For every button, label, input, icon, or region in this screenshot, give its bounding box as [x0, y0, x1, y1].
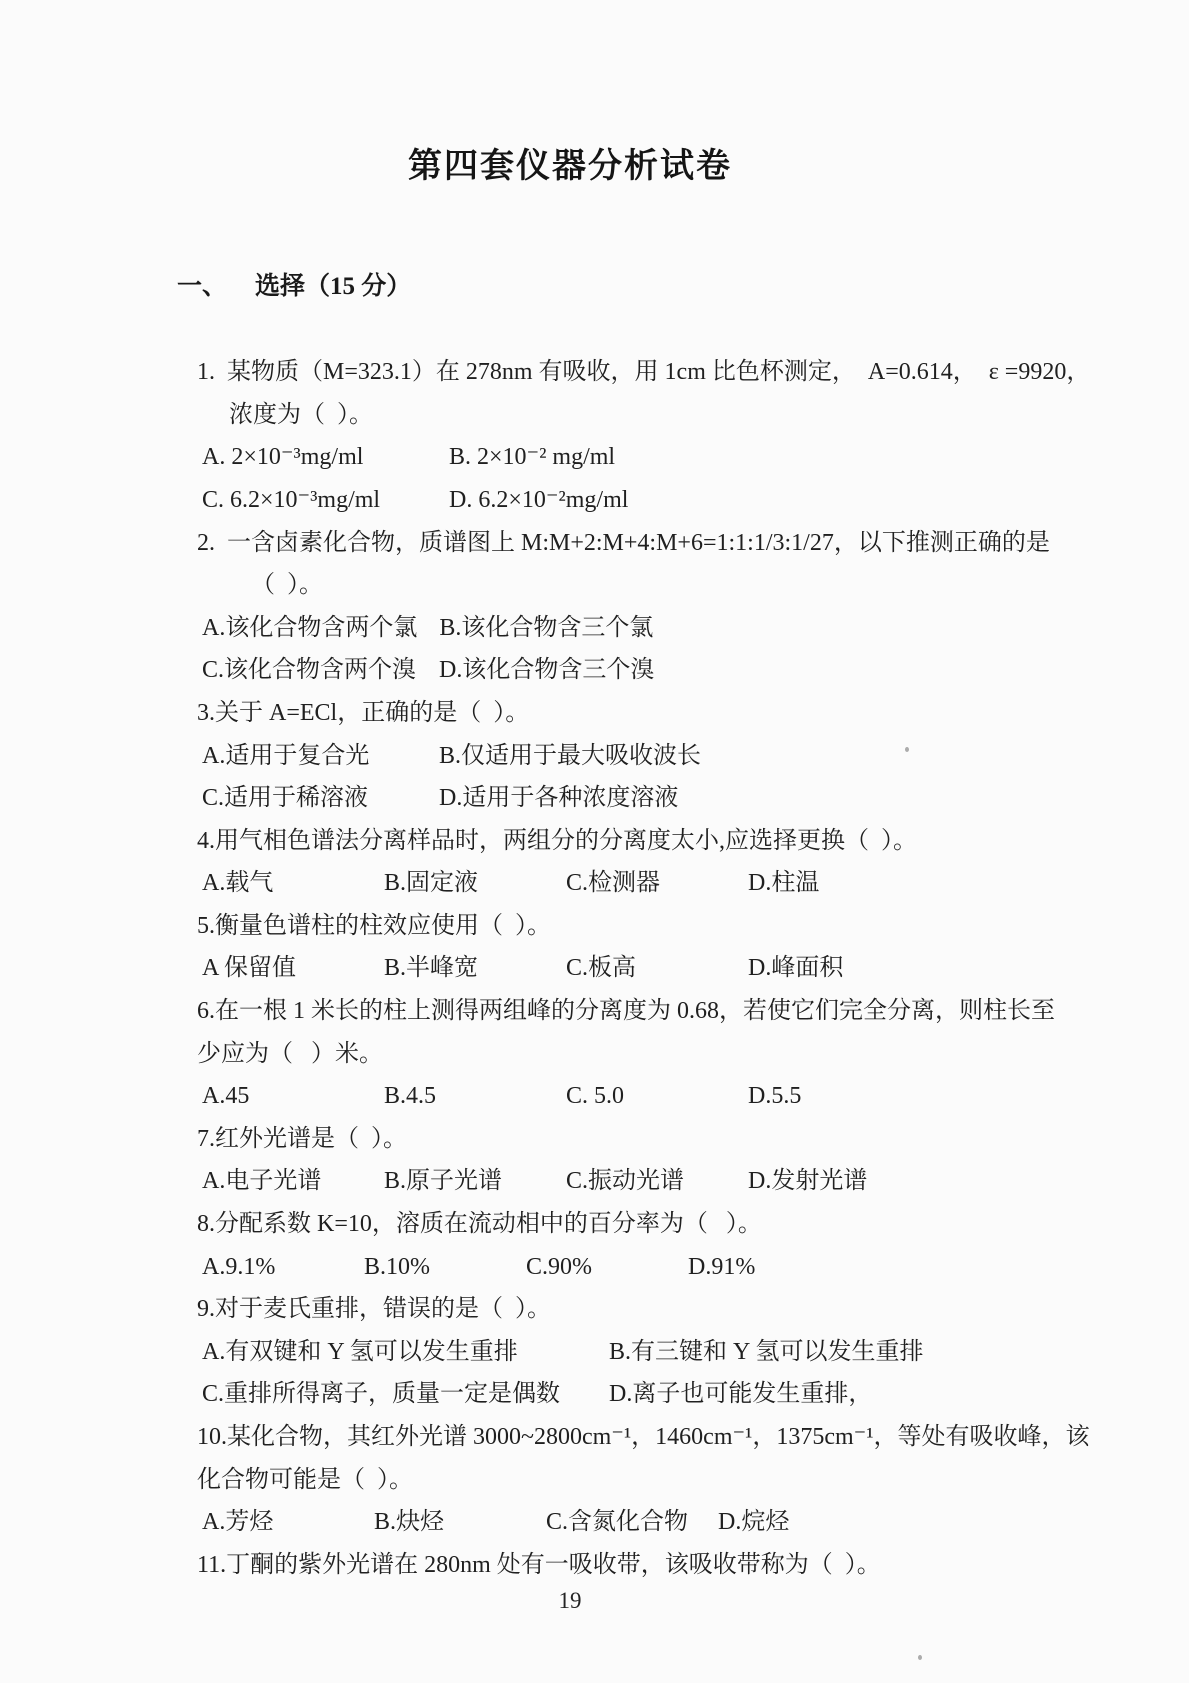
option: C.含氮化合物 [546, 1501, 696, 1544]
option: A.有双键和 Y 氢可以发生重排 [202, 1331, 587, 1374]
question-11: 11.丁酮的紫外光谱在 280nm 处有一吸收带，该吸收带称为（ ）。 [0, 1544, 1189, 1587]
question-9: 9.对于麦氏重排，错误的是（ ）。A.有双键和 Y 氢可以发生重排B.有三键和 … [0, 1288, 1189, 1416]
question-stem-line: 5.衡量色谱柱的柱效应使用（ ）。 [197, 905, 1189, 948]
option: C.检测器 [566, 862, 726, 905]
option-row: A.芳烃B.炔烃C.含氮化合物D.烷烃 [202, 1501, 1189, 1544]
option: B.4.5 [384, 1075, 544, 1118]
scan-speck [905, 747, 909, 752]
option-row: A.该化合物含两个氯B.该化合物含三个氯 [202, 607, 1189, 650]
option: C. 6.2×10⁻³mg/ml [202, 479, 427, 522]
question-list: 1. 某物质（M=323.1）在 278nm 有吸收，用 1cm 比色杯测定， … [0, 351, 1189, 1586]
exam-page: 第四套仪器分析试卷 一、选择（15 分） 1. 某物质（M=323.1）在 27… [0, 0, 1189, 1683]
section-numeral: 一、 [177, 273, 227, 300]
option: A.芳烃 [202, 1501, 352, 1544]
option-row: A.有双键和 Y 氢可以发生重排B.有三键和 Y 氢可以发生重排 [202, 1331, 1189, 1374]
question-3: 3.关于 A=ECl，正确的是（ ）。A.适用于复合光B.仅适用于最大吸收波长C… [0, 692, 1189, 820]
question-stem-line: 1. 某物质（M=323.1）在 278nm 有吸收，用 1cm 比色杯测定， … [197, 351, 1189, 394]
question-10: 10.某化合物，其红外光谱 3000~2800cm⁻¹，1460cm⁻¹，137… [0, 1416, 1189, 1544]
option: A.45 [202, 1075, 362, 1118]
option: B.炔烃 [374, 1501, 524, 1544]
option: C. 5.0 [566, 1075, 726, 1118]
option: D.峰面积 [748, 947, 908, 990]
option: A. 2×10⁻³mg/ml [202, 436, 427, 479]
question-1: 1. 某物质（M=323.1）在 278nm 有吸收，用 1cm 比色杯测定， … [0, 351, 1189, 521]
option: B.原子光谱 [384, 1160, 544, 1203]
option: A 保留值 [202, 947, 362, 990]
option-row: C.适用于稀溶液D.适用于各种浓度溶液 [202, 777, 1189, 820]
option-row: C.该化合物含两个溴D.该化合物含三个溴 [202, 649, 1189, 692]
option-row: A.45B.4.5C. 5.0D.5.5 [202, 1075, 1189, 1118]
option-row: A 保留值B.半峰宽C.板高D.峰面积 [202, 947, 1189, 990]
option: D. 6.2×10⁻²mg/ml [449, 479, 674, 522]
question-stem-line: 4.用气相色谱法分离样品时，两组分的分离度太小,应选择更换（ ）。 [197, 820, 1189, 863]
scan-speck [918, 1655, 922, 1660]
option: B.固定液 [384, 862, 544, 905]
option: C.适用于稀溶液 [202, 777, 417, 820]
option: C.振动光谱 [566, 1160, 726, 1203]
question-2: 2. 一含卤素化合物，质谱图上 M:M+2:M+4:M+6=1:1:1/3:1/… [0, 522, 1189, 692]
question-stem-line: 3.关于 A=ECl，正确的是（ ）。 [197, 692, 1189, 735]
question-stem-line: （ ）。 [251, 564, 1189, 607]
option-row: A.9.1%B.10%C.90%D.91% [202, 1246, 1189, 1289]
question-stem-line: 11.丁酮的紫外光谱在 280nm 处有一吸收带，该吸收带称为（ ）。 [197, 1544, 1189, 1587]
option: D.5.5 [748, 1075, 908, 1118]
option: C.90% [526, 1246, 666, 1289]
option: A.适用于复合光 [202, 735, 417, 778]
option-row: A. 2×10⁻³mg/mlB. 2×10⁻² mg/ml [202, 436, 1189, 479]
section-heading: 一、选择（15 分） [152, 223, 1189, 351]
option: C.板高 [566, 947, 726, 990]
option: C.该化合物含两个溴 [202, 649, 417, 692]
question-stem-line: 9.对于麦氏重排，错误的是（ ）。 [197, 1288, 1189, 1331]
option: A.载气 [202, 862, 362, 905]
option-row: C. 6.2×10⁻³mg/mlD. 6.2×10⁻²mg/ml [202, 479, 1189, 522]
option-row: A.电子光谱B.原子光谱C.振动光谱D.发射光谱 [202, 1160, 1189, 1203]
question-8: 8.分配系数 K=10，溶质在流动相中的百分率为（ ）。A.9.1%B.10%C… [0, 1203, 1189, 1288]
option: B.10% [364, 1246, 504, 1289]
option: B. 2×10⁻² mg/ml [449, 436, 674, 479]
option: A.该化合物含两个氯 [202, 607, 417, 650]
option-row: A.适用于复合光B.仅适用于最大吸收波长 [202, 735, 1189, 778]
question-stem-line: 化合物可能是（ ）。 [197, 1459, 1189, 1502]
page-title: 第四套仪器分析试卷 [0, 148, 1140, 185]
option-row: C.重排所得离子，质量一定是偶数D.离子也可能发生重排， [202, 1373, 1189, 1416]
question-stem-line: 6.在一根 1 米长的柱上测得两组峰的分离度为 0.68，若使它们完全分离，则柱… [197, 990, 1189, 1033]
option: B.该化合物含三个氯 [439, 607, 654, 650]
option: B.半峰宽 [384, 947, 544, 990]
section-label: 选择（15 分） [255, 273, 411, 300]
question-stem-line: 浓度为（ ）。 [229, 394, 1189, 437]
option: A.电子光谱 [202, 1160, 362, 1203]
question-6: 6.在一根 1 米长的柱上测得两组峰的分离度为 0.68，若使它们完全分离，则柱… [0, 990, 1189, 1118]
option: B.仅适用于最大吸收波长 [439, 735, 701, 778]
option: D.91% [688, 1246, 828, 1289]
option: D.烷烃 [718, 1501, 868, 1544]
question-5: 5.衡量色谱柱的柱效应使用（ ）。A 保留值B.半峰宽C.板高D.峰面积 [0, 905, 1189, 990]
option: D.发射光谱 [748, 1160, 908, 1203]
option-row: A.载气B.固定液C.检测器D.柱温 [202, 862, 1189, 905]
question-4: 4.用气相色谱法分离样品时，两组分的分离度太小,应选择更换（ ）。A.载气B.固… [0, 820, 1189, 905]
option: A.9.1% [202, 1246, 342, 1289]
question-7: 7.红外光谱是（ ）。A.电子光谱B.原子光谱C.振动光谱D.发射光谱 [0, 1118, 1189, 1203]
option: B.有三键和 Y 氢可以发生重排 [609, 1331, 994, 1374]
option: D.离子也可能发生重排， [609, 1373, 994, 1416]
option: D.该化合物含三个溴 [439, 649, 654, 692]
question-stem-line: 10.某化合物，其红外光谱 3000~2800cm⁻¹，1460cm⁻¹，137… [197, 1416, 1189, 1459]
question-stem-line: 8.分配系数 K=10，溶质在流动相中的百分率为（ ）。 [197, 1203, 1189, 1246]
option: C.重排所得离子，质量一定是偶数 [202, 1373, 587, 1416]
option: D.柱温 [748, 862, 908, 905]
question-stem-line: 2. 一含卤素化合物，质谱图上 M:M+2:M+4:M+6=1:1:1/3:1/… [197, 522, 1189, 565]
question-stem-line: 少应为（ ）米。 [197, 1033, 1189, 1076]
question-stem-line: 7.红外光谱是（ ）。 [197, 1118, 1189, 1161]
page-number: 19 [0, 1588, 1140, 1614]
option: D.适用于各种浓度溶液 [439, 777, 678, 820]
